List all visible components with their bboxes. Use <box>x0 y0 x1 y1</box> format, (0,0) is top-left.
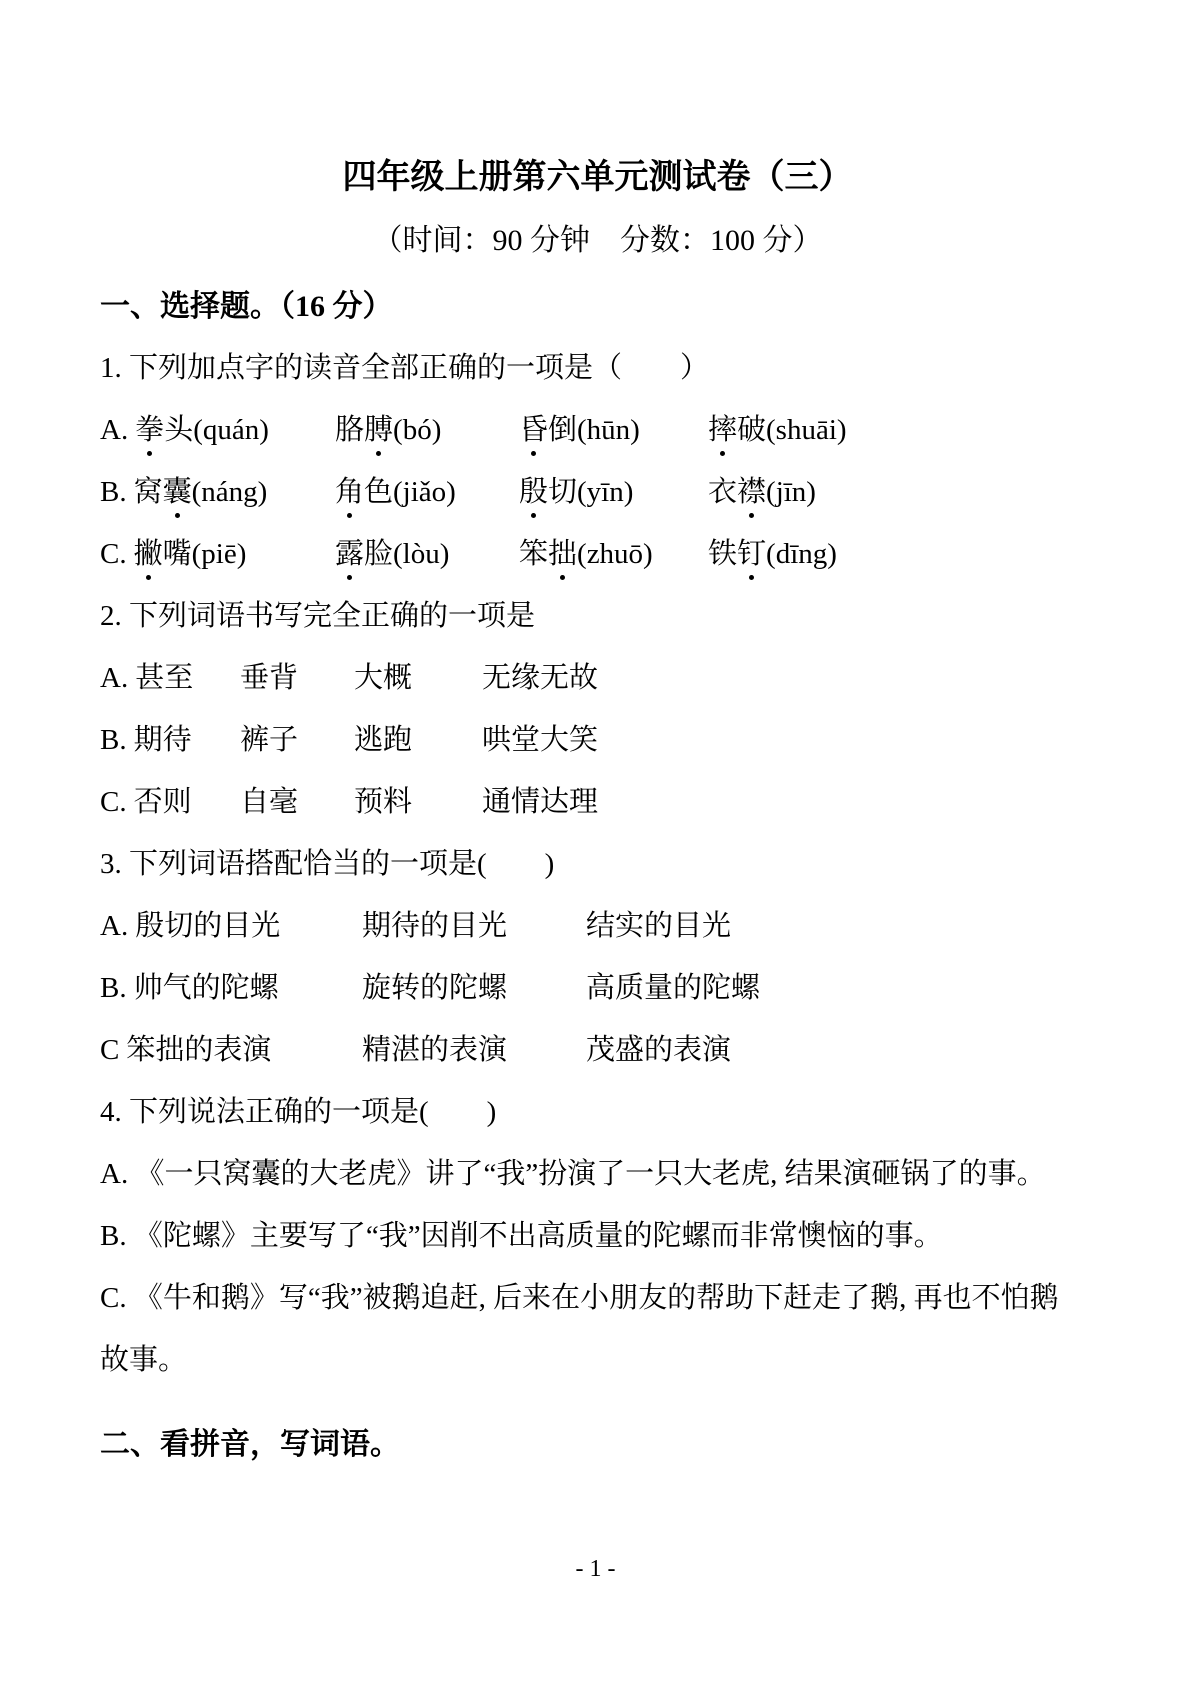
phrase: 茂盛的表演 <box>586 1027 1095 1068</box>
word: 大概 <box>354 655 482 696</box>
word-after: (jīn) <box>766 476 816 508</box>
question-3-option-row-c: C笨拙的表演 精湛的表演 茂盛的表演 <box>100 1016 1095 1078</box>
dotted-char: 拙 <box>548 531 577 572</box>
dotted-char: 襟 <box>737 469 766 510</box>
phrase: 精湛的表演 <box>362 1027 586 1068</box>
option-cell: 胳膊(bó) <box>335 407 519 448</box>
dotted-char: 囊 <box>163 469 192 510</box>
word-after: 切(yīn) <box>548 476 633 508</box>
option-label: C <box>100 1034 119 1066</box>
word-before: 铁 <box>708 538 737 570</box>
word-after: (zhuō) <box>577 538 653 570</box>
test-paper-page: 四年级上册第六单元测试卷（三） （时间：90 分钟 分数：100 分） 一、选择… <box>0 0 1191 1684</box>
option-cell: 笨拙(zhuō) <box>519 531 708 572</box>
option-label: C. <box>100 538 127 570</box>
question-4-option-b: B. 《陀螺》主要写了“我”因削不出高质量的陀螺而非常懊恼的事。 <box>100 1202 1095 1264</box>
option-cell: A.拳头(quán) <box>100 407 335 448</box>
option-cell: A.殷切的目光 <box>100 903 362 944</box>
dotted-char: 膊 <box>364 407 393 448</box>
footer-page-number: - 1 - <box>0 1556 1191 1583</box>
question-3-option-row-b: B.帅气的陀螺 旋转的陀螺 高质量的陀螺 <box>100 954 1095 1016</box>
dotted-char: 撇 <box>134 531 163 572</box>
question-2-text: 2. 下列词语书写完全正确的一项是 <box>100 582 1095 644</box>
phrase: 结实的目光 <box>586 903 1095 944</box>
option-label: C. <box>100 786 127 818</box>
document-content: 四年级上册第六单元测试卷（三） （时间：90 分钟 分数：100 分） 一、选择… <box>100 0 1095 1472</box>
question-4-option-a: A. 《一只窝囊的大老虎》讲了“我”扮演了一只大老虎, 结果演砸锅了的事。 <box>100 1140 1095 1202</box>
option-cell: 摔破(shuāi) <box>708 407 1095 448</box>
question-1-option-row-a: A.拳头(quán) 胳膊(bó) 昏倒(hūn) 摔破(shuāi) <box>100 396 1095 458</box>
page-subtitle: （时间：90 分钟 分数：100 分） <box>100 220 1095 262</box>
option-cell: B.帅气的陀螺 <box>100 965 362 1006</box>
section-1-heading: 一、选择题。（16 分） <box>100 272 1095 334</box>
option-cell: C.否则 <box>100 779 240 820</box>
section-2-heading: 二、看拼音，写词语。 <box>100 1410 1095 1472</box>
phrase: 笨拙的表演 <box>126 1034 271 1066</box>
question-2-option-row-a: A.甚至 垂背 大概 无缘无故 <box>100 644 1095 706</box>
word-before: 胳 <box>335 414 364 446</box>
dotted-char: 钉 <box>737 531 766 572</box>
option-cell: 角色(jiǎo) <box>335 469 519 510</box>
page-title: 四年级上册第六单元测试卷（三） <box>100 156 1095 200</box>
option-cell: B.期待 <box>100 717 240 758</box>
word: 通情达理 <box>482 779 1095 820</box>
dotted-char: 角 <box>335 469 364 510</box>
word-after: 脸(lòu) <box>364 538 449 570</box>
option-cell: 铁钉(dīng) <box>708 531 1095 572</box>
question-3-option-row-a: A.殷切的目光 期待的目光 结实的目光 <box>100 892 1095 954</box>
phrase: 旋转的陀螺 <box>362 965 586 1006</box>
word: 预料 <box>354 779 482 820</box>
dotted-char: 拳 <box>135 407 164 448</box>
option-cell: A.甚至 <box>100 655 240 696</box>
document-body: 一、选择题。（16 分） 1. 下列加点字的读音全部正确的一项是（ ） A.拳头… <box>100 272 1095 1472</box>
question-1-option-row-c: C.撇嘴(piē) 露脸(lòu) 笨拙(zhuō) 铁钉(dīng) <box>100 520 1095 582</box>
word-after: 嘴(piē) <box>163 538 247 570</box>
word: 哄堂大笑 <box>482 717 1095 758</box>
phrase: 帅气的陀螺 <box>134 972 279 1004</box>
word-after: (náng) <box>192 476 268 508</box>
option-label: B. <box>100 476 127 508</box>
option-cell: C.撇嘴(piē) <box>100 531 335 572</box>
word: 甚至 <box>135 662 193 694</box>
question-4-option-c-line2: 故事。 <box>100 1326 1095 1388</box>
option-cell: B.窝囊(náng) <box>100 469 335 510</box>
word-after: 头(quán) <box>164 414 269 446</box>
option-cell: 昏倒(hūn) <box>519 407 708 448</box>
phrase: 殷切的目光 <box>135 910 280 942</box>
word: 裤子 <box>240 717 354 758</box>
word-before: 笨 <box>519 538 548 570</box>
question-2-option-row-c: C.否则 自毫 预料 通情达理 <box>100 768 1095 830</box>
word-before: 窝 <box>134 476 163 508</box>
question-2-option-row-b: B.期待 裤子 逃跑 哄堂大笑 <box>100 706 1095 768</box>
question-1-text: 1. 下列加点字的读音全部正确的一项是（ ） <box>100 334 1095 396</box>
word-before: 衣 <box>708 476 737 508</box>
option-label: A. <box>100 414 128 446</box>
question-1-option-row-b: B.窝囊(náng) 角色(jiǎo) 殷切(yīn) 衣襟(jīn) <box>100 458 1095 520</box>
word-after: (dīng) <box>766 538 837 570</box>
word-after: 破(shuāi) <box>737 414 847 446</box>
word: 自毫 <box>240 779 354 820</box>
word: 否则 <box>134 786 192 818</box>
dotted-char: 昏 <box>519 407 548 448</box>
question-4-text: 4. 下列说法正确的一项是( ) <box>100 1078 1095 1140</box>
word: 逃跑 <box>354 717 482 758</box>
word-after: 色(jiǎo) <box>364 476 456 508</box>
word: 垂背 <box>240 655 354 696</box>
option-label: B. <box>100 972 127 1004</box>
option-label: A. <box>100 662 128 694</box>
word-after: 倒(hūn) <box>548 414 640 446</box>
option-label: A. <box>100 910 128 942</box>
question-3-text: 3. 下列词语搭配恰当的一项是( ) <box>100 830 1095 892</box>
word: 期待 <box>134 724 192 756</box>
option-cell: C笨拙的表演 <box>100 1027 362 1068</box>
option-label: B. <box>100 724 127 756</box>
dotted-char: 露 <box>335 531 364 572</box>
dotted-char: 殷 <box>519 469 548 510</box>
word: 无缘无故 <box>482 655 1095 696</box>
phrase: 高质量的陀螺 <box>586 965 1095 1006</box>
word-after: (bó) <box>393 414 441 446</box>
dotted-char: 摔 <box>708 407 737 448</box>
option-cell: 衣襟(jīn) <box>708 469 1095 510</box>
question-4-option-c-line1: C. 《牛和鹅》写“我”被鹅追赶, 后来在小朋友的帮助下赶走了鹅, 再也不怕鹅 <box>100 1264 1095 1326</box>
phrase: 期待的目光 <box>362 903 586 944</box>
option-cell: 殷切(yīn) <box>519 469 708 510</box>
option-cell: 露脸(lòu) <box>335 531 519 572</box>
